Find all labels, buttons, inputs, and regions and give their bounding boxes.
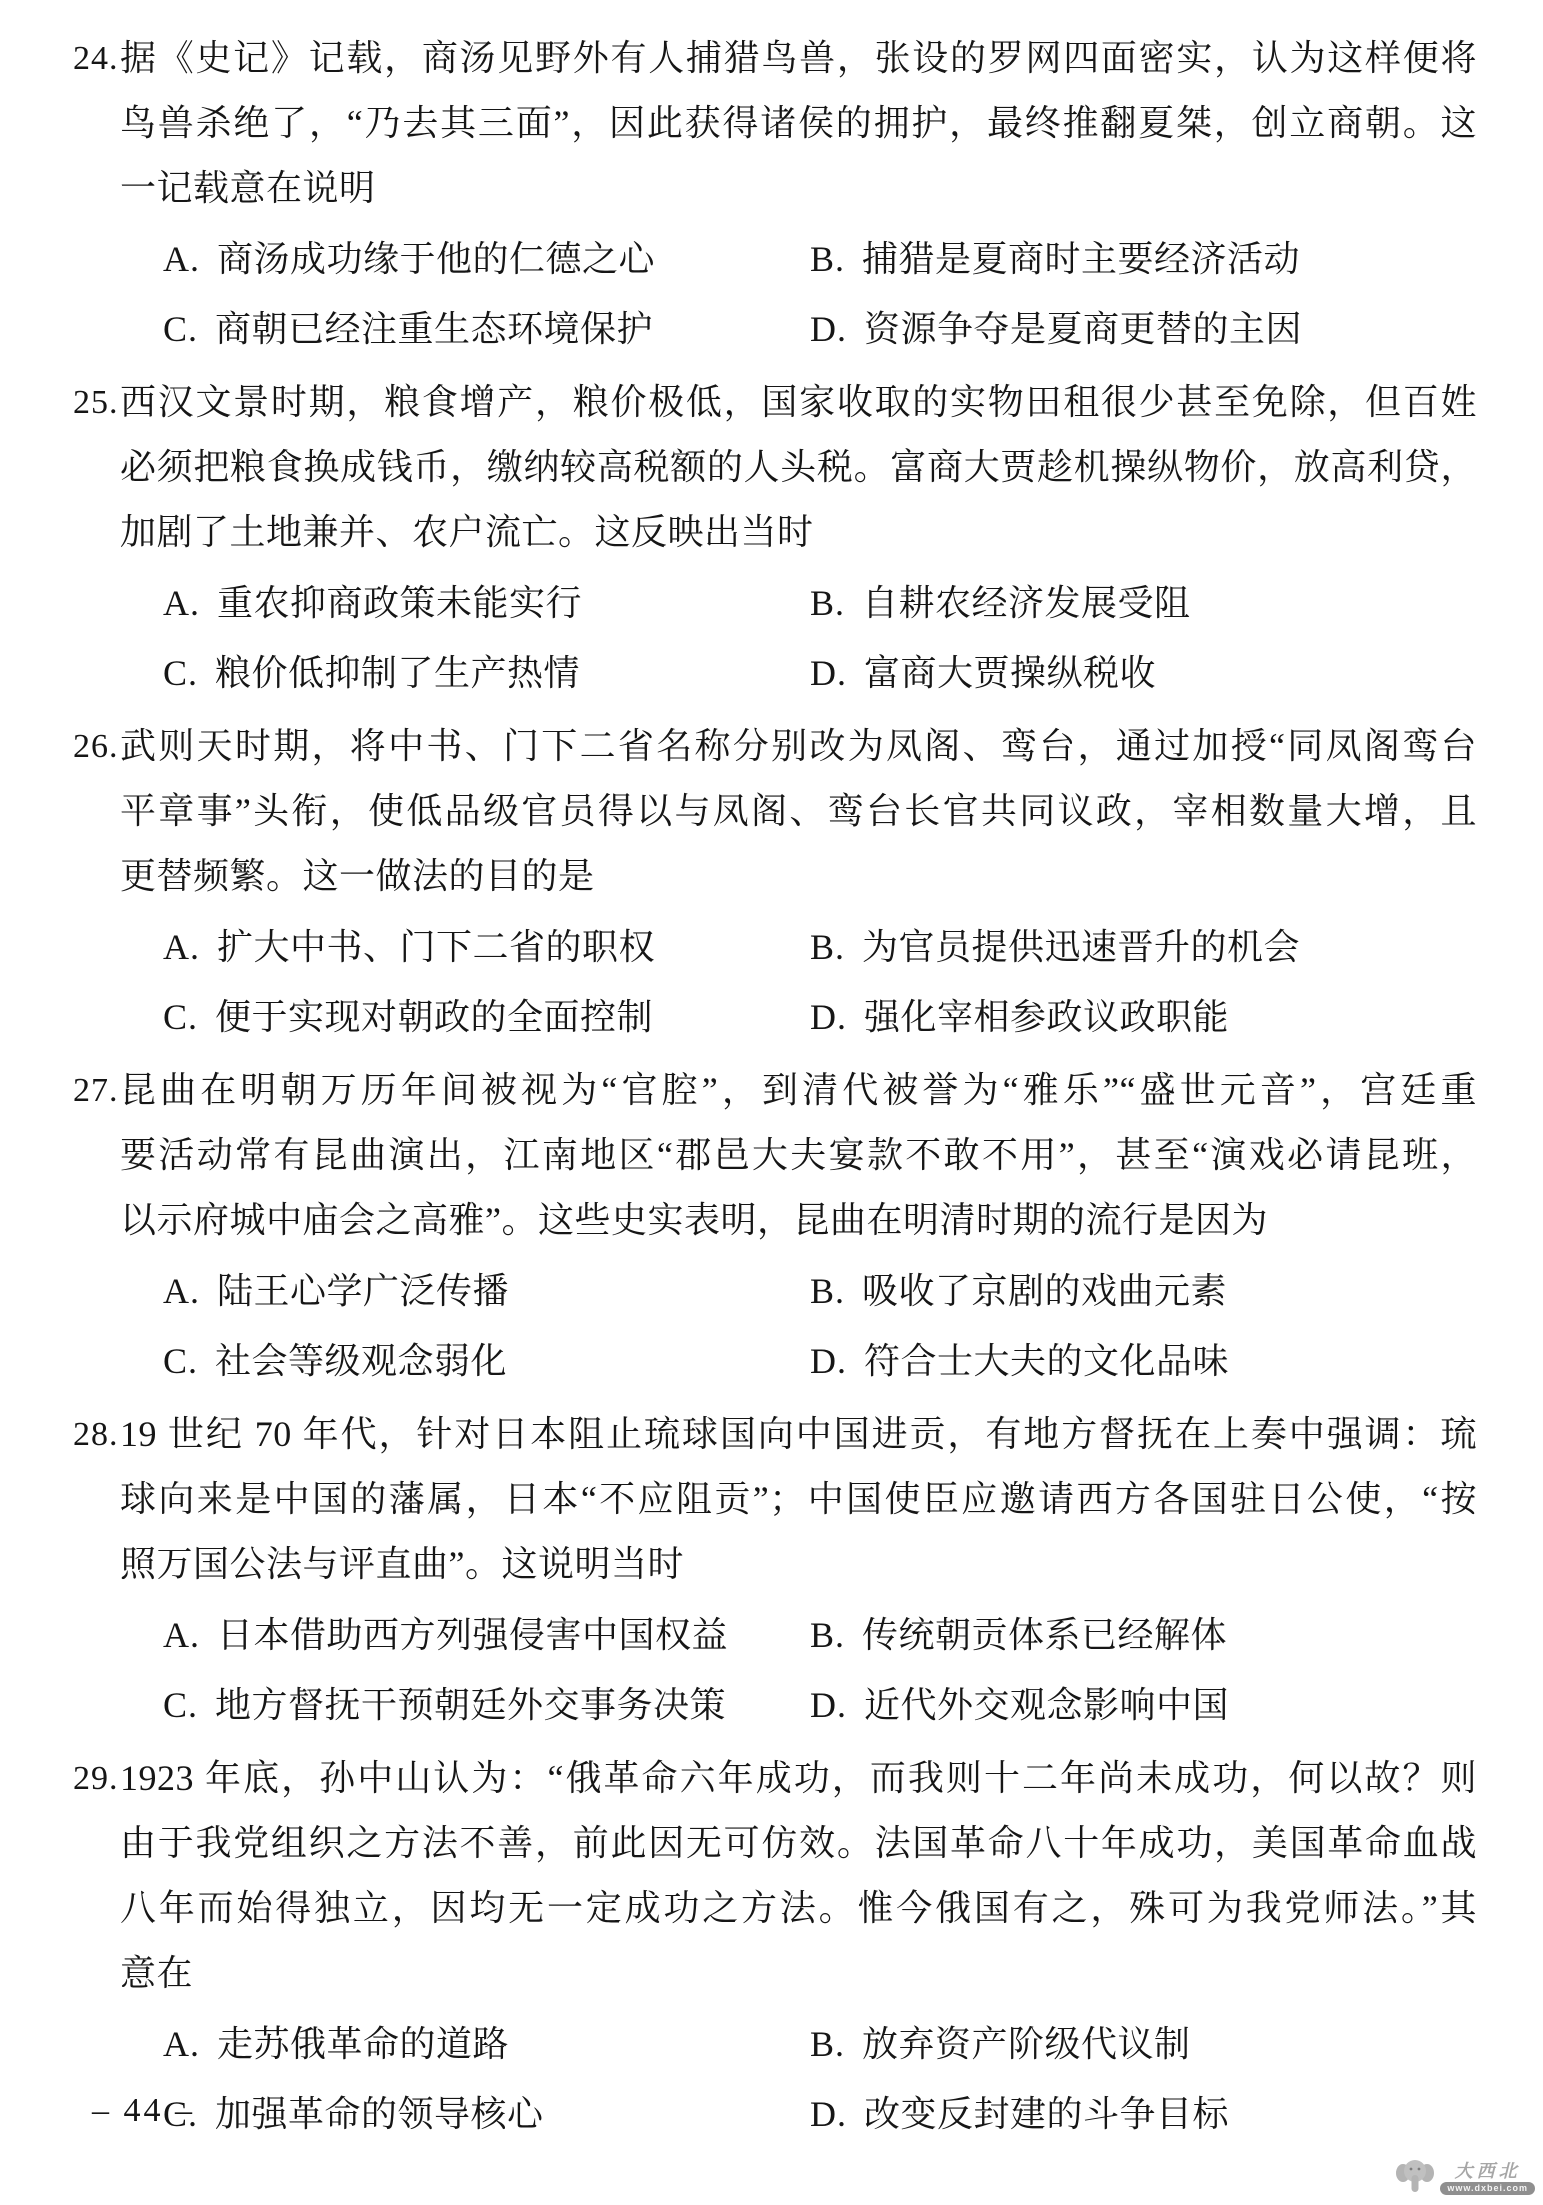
option-label: D.: [810, 1340, 847, 1382]
question-number: 28.: [73, 1402, 120, 1467]
option-label: A.: [163, 238, 200, 280]
question-line: 八年而始得独立，因均无一定成功之方法。惟今俄国有之，殊可为我党师法。”其: [120, 1876, 1477, 1941]
options-row: A. 商汤成功缘于他的仁德之心 B. 捕猎是夏商时主要经济活动: [73, 221, 1477, 291]
option-label: B.: [810, 582, 845, 624]
option-label: C.: [163, 1684, 198, 1726]
question-line: 武则天时期，将中书、门下二省名称分别改为凤阁、鸾台，通过加授“同凤阁鸾台: [120, 714, 1477, 779]
option-d: D. 改变反封建的斗争目标: [810, 2086, 1229, 2137]
option-label: C.: [163, 1340, 198, 1382]
question-line: 1923 年底，孙中山认为：“俄革命六年成功，而我则十二年尚未成功，何以故？则: [120, 1746, 1477, 1811]
option-text: 扩大中书、门下二省的职权: [217, 919, 655, 970]
option-d: D. 符合士大夫的文化品味: [810, 1333, 1229, 1384]
option-a: A. 陆王心学广泛传播: [163, 1263, 810, 1314]
option-label: D.: [810, 2093, 847, 2135]
question-line: 昆曲在明朝万历年间被视为“官腔”，到清代被誉为“雅乐”“盛世元音”，宫廷重: [120, 1058, 1477, 1123]
question-line: 要活动常有昆曲演出，江南地区“郡邑大夫宴款不敢不用”，甚至“演戏必请昆班，: [120, 1123, 1477, 1188]
question-stem: 据《史记》记载，商汤见野外有人捕猎鸟兽，张设的罗网四面密实，认为这样便将 鸟兽杀…: [120, 26, 1477, 221]
option-label: B.: [810, 926, 845, 968]
question-line: 据《史记》记载，商汤见野外有人捕猎鸟兽，张设的罗网四面密实，认为这样便将: [120, 26, 1477, 91]
question-25: 25. 西汉文景时期，粮食增产，粮价极低，国家收取的实物田租很少甚至免除，但百姓…: [73, 370, 1477, 705]
option-text: 地方督抚干预朝廷外交事务决策: [215, 1677, 726, 1728]
option-label: C.: [163, 652, 198, 694]
options-row: C. 地方督抚干预朝廷外交事务决策 D. 近代外交观念影响中国: [73, 1667, 1477, 1737]
option-text: 便于实现对朝政的全面控制: [215, 989, 653, 1040]
question-line: 照万国公法与评直曲”。这说明当时: [120, 1532, 1477, 1597]
option-d: D. 强化宰相参政议政职能: [810, 989, 1229, 1040]
question-stem: 西汉文景时期，粮食增产，粮价极低，国家收取的实物田租很少甚至免除，但百姓 必须把…: [120, 370, 1477, 565]
option-text: 符合士大夫的文化品味: [864, 1333, 1229, 1384]
page-number: – 44 –: [92, 2092, 195, 2130]
question-line: 一记载意在说明: [120, 156, 1477, 221]
option-a: A. 走苏俄革命的道路: [163, 2016, 810, 2067]
option-label: D.: [810, 1684, 847, 1726]
option-a: A. 扩大中书、门下二省的职权: [163, 919, 810, 970]
question-line: 必须把粮食换成钱币，缴纳较高税额的人头税。富商大贾趁机操纵物价，放高利贷，: [120, 435, 1477, 500]
elephant-logo-icon: [1395, 2158, 1435, 2199]
option-c: C. 粮价低抑制了生产热情: [163, 645, 810, 696]
options-row: C. 社会等级观念弱化 D. 符合士大夫的文化品味: [73, 1323, 1477, 1393]
option-b: B. 为官员提供迅速晋升的机会: [810, 919, 1300, 970]
question-26: 26. 武则天时期，将中书、门下二省名称分别改为凤阁、鸾台，通过加授“同凤阁鸾台…: [73, 714, 1477, 1049]
question-28: 28. 19 世纪 70 年代，针对日本阻止琉球国向中国进贡，有地方督抚在上奏中…: [73, 1402, 1477, 1737]
option-text: 日本借助西方列强侵害中国权益: [217, 1607, 728, 1658]
option-text: 吸收了京剧的戏曲元素: [862, 1263, 1227, 1314]
watermark-brand: 大西北: [1455, 2162, 1521, 2180]
question-line: 西汉文景时期，粮食增产，粮价极低，国家收取的实物田租很少甚至免除，但百姓: [120, 370, 1477, 435]
option-label: A.: [163, 2023, 200, 2065]
option-d: D. 资源争夺是夏商更替的主因: [810, 301, 1302, 352]
question-number: 29.: [73, 1746, 120, 1811]
option-label: D.: [810, 652, 847, 694]
option-text: 强化宰相参政议政职能: [864, 989, 1229, 1040]
option-label: C.: [163, 308, 198, 350]
option-label: A.: [163, 1614, 200, 1656]
exam-page: 24. 据《史记》记载，商汤见野外有人捕猎鸟兽，张设的罗网四面密实，认为这样便将…: [0, 0, 1543, 2205]
option-text: 重农抑商政策未能实行: [217, 575, 582, 626]
option-text: 商汤成功缘于他的仁德之心: [217, 231, 655, 282]
option-label: C.: [163, 996, 198, 1038]
options-row: A. 扩大中书、门下二省的职权 B. 为官员提供迅速晋升的机会: [73, 909, 1477, 979]
option-text: 近代外交观念影响中国: [864, 1677, 1229, 1728]
question-stem: 19 世纪 70 年代，针对日本阻止琉球国向中国进贡，有地方督抚在上奏中强调：琉…: [120, 1402, 1477, 1597]
options-row: A. 日本借助西方列强侵害中国权益 B. 传统朝贡体系已经解体: [73, 1597, 1477, 1667]
option-b: B. 捕猎是夏商时主要经济活动: [810, 231, 1300, 282]
option-label: D.: [810, 996, 847, 1038]
options-row: C. 便于实现对朝政的全面控制 D. 强化宰相参政议政职能: [73, 979, 1477, 1049]
question-stem: 1923 年底，孙中山认为：“俄革命六年成功，而我则十二年尚未成功，何以故？则 …: [120, 1746, 1477, 2006]
option-b: B. 自耕农经济发展受阻: [810, 575, 1191, 626]
option-label: A.: [163, 582, 200, 624]
option-label: A.: [163, 926, 200, 968]
options-row: A. 走苏俄革命的道路 B. 放弃资产阶级代议制: [73, 2006, 1477, 2076]
option-text: 陆王心学广泛传播: [217, 1263, 509, 1314]
option-label: B.: [810, 238, 845, 280]
question-line: 球向来是中国的藩属，日本“不应阻贡”；中国使臣应邀请西方各国驻日公使，“按: [120, 1467, 1477, 1532]
question-number: 27.: [73, 1058, 120, 1123]
option-label: D.: [810, 308, 847, 350]
option-text: 富商大贾操纵税收: [864, 645, 1156, 696]
option-a: A. 日本借助西方列强侵害中国权益: [163, 1607, 810, 1658]
option-text: 传统朝贡体系已经解体: [862, 1607, 1227, 1658]
option-c: C. 商朝已经注重生态环境保护: [163, 301, 810, 352]
option-a: A. 重农抑商政策未能实行: [163, 575, 810, 626]
options-row: C. 粮价低抑制了生产热情 D. 富商大贾操纵税收: [73, 635, 1477, 705]
option-label: B.: [810, 1270, 845, 1312]
question-line: 加剧了土地兼并、农户流亡。这反映出当时: [120, 500, 1477, 565]
option-b: B. 放弃资产阶级代议制: [810, 2016, 1191, 2067]
question-number: 26.: [73, 714, 120, 779]
option-a: A. 商汤成功缘于他的仁德之心: [163, 231, 810, 282]
option-text: 走苏俄革命的道路: [217, 2016, 509, 2067]
option-d: D. 富商大贾操纵税收: [810, 645, 1156, 696]
option-label: A.: [163, 1270, 200, 1312]
options-row: C. 加强革命的领导核心 D. 改变反封建的斗争目标: [73, 2076, 1477, 2146]
option-d: D. 近代外交观念影响中国: [810, 1677, 1229, 1728]
option-text: 社会等级观念弱化: [215, 1333, 507, 1384]
question-line: 平章事”头衔，使低品级官员得以与凤阁、鸾台长官共同议政，宰相数量大增，且: [120, 779, 1477, 844]
option-text: 为官员提供迅速晋升的机会: [862, 919, 1300, 970]
question-stem: 武则天时期，将中书、门下二省名称分别改为凤阁、鸾台，通过加授“同凤阁鸾台 平章事…: [120, 714, 1477, 909]
question-24: 24. 据《史记》记载，商汤见野外有人捕猎鸟兽，张设的罗网四面密实，认为这样便将…: [73, 26, 1477, 361]
question-line: 鸟兽杀绝了，“乃去其三面”，因此获得诸侯的拥护，最终推翻夏桀，创立商朝。这: [120, 91, 1477, 156]
option-label: B.: [810, 1614, 845, 1656]
question-27: 27. 昆曲在明朝万历年间被视为“官腔”，到清代被誉为“雅乐”“盛世元音”，宫廷…: [73, 1058, 1477, 1393]
question-line: 意在: [120, 1941, 1477, 2006]
option-text: 加强革命的领导核心: [215, 2086, 544, 2137]
question-line: 由于我党组织之方法不善，前此因无可仿效。法国革命八十年成功，美国革命血战: [120, 1811, 1477, 1876]
option-text: 放弃资产阶级代议制: [862, 2016, 1191, 2067]
option-b: B. 吸收了京剧的戏曲元素: [810, 1263, 1227, 1314]
options-row: A. 陆王心学广泛传播 B. 吸收了京剧的戏曲元素: [73, 1253, 1477, 1323]
question-number: 25.: [73, 370, 120, 435]
options-row: C. 商朝已经注重生态环境保护 D. 资源争夺是夏商更替的主因: [73, 291, 1477, 361]
options-row: A. 重农抑商政策未能实行 B. 自耕农经济发展受阻: [73, 565, 1477, 635]
option-text: 捕猎是夏商时主要经济活动: [862, 231, 1300, 282]
watermark-site-badge: www.dxbei.com: [1440, 2182, 1535, 2195]
watermark: 大西北 www.dxbei.com: [1395, 2158, 1535, 2199]
question-number: 24.: [73, 26, 120, 91]
option-b: B. 传统朝贡体系已经解体: [810, 1607, 1227, 1658]
question-line: 19 世纪 70 年代，针对日本阻止琉球国向中国进贡，有地方督抚在上奏中强调：琉: [120, 1402, 1477, 1467]
question-stem: 昆曲在明朝万历年间被视为“官腔”，到清代被誉为“雅乐”“盛世元音”，宫廷重 要活…: [120, 1058, 1477, 1253]
option-c: C. 地方督抚干预朝廷外交事务决策: [163, 1677, 810, 1728]
option-label: B.: [810, 2023, 845, 2065]
option-text: 改变反封建的斗争目标: [864, 2086, 1229, 2137]
option-c: C. 便于实现对朝政的全面控制: [163, 989, 810, 1040]
question-line: 更替频繁。这一做法的目的是: [120, 844, 1477, 909]
question-29: 29. 1923 年底，孙中山认为：“俄革命六年成功，而我则十二年尚未成功，何以…: [73, 1746, 1477, 2146]
option-text: 粮价低抑制了生产热情: [215, 645, 580, 696]
option-c: C. 社会等级观念弱化: [163, 1333, 810, 1384]
option-c: C. 加强革命的领导核心: [163, 2086, 810, 2137]
option-text: 商朝已经注重生态环境保护: [215, 301, 653, 352]
option-text: 自耕农经济发展受阻: [862, 575, 1191, 626]
question-line: 以示府城中庙会之高雅”。这些史实表明，昆曲在明清时期的流行是因为: [120, 1188, 1477, 1253]
option-text: 资源争夺是夏商更替的主因: [864, 301, 1302, 352]
